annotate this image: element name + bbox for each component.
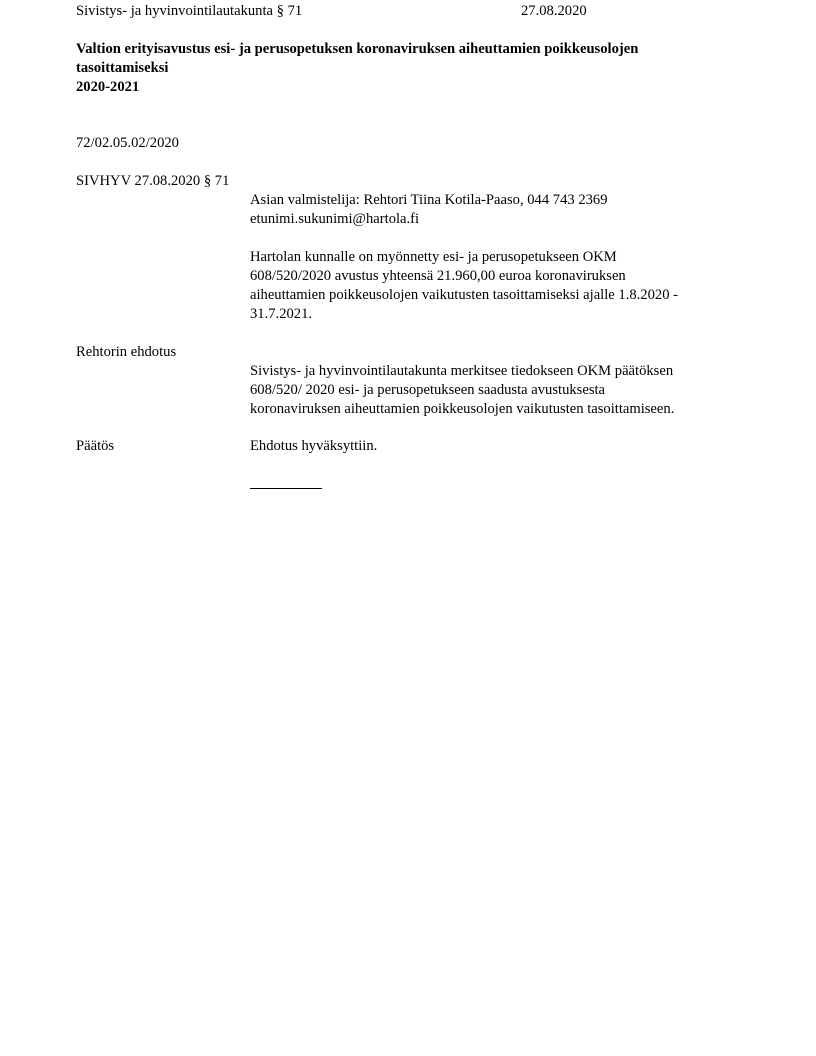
decision-text: Ehdotus hyväksyttiin. <box>250 437 377 456</box>
proposal-line: 608/520/ 2020 esi- ja perusopetukseen sa… <box>250 381 674 400</box>
preparer-line: Asian valmistelija: Rehtori Tiina Kotila… <box>250 191 608 210</box>
record-number: 72/02.05.02/2020 <box>76 134 179 153</box>
body-line: Hartolan kunnalle on myönnetty esi- ja p… <box>250 248 678 267</box>
header-committee: Sivistys- ja hyvinvointilautakunta § 71 <box>76 2 302 21</box>
body-line: 31.7.2021. <box>250 305 678 324</box>
title-line-3: 2020-2021 <box>76 78 139 97</box>
body-line: aiheuttamien poikkeusolojen vaikutusten … <box>250 286 678 305</box>
preparer-email[interactable]: etunimi.sukunimi@hartola.fi <box>250 210 419 229</box>
title-line-2: tasoittamiseksi <box>76 59 168 78</box>
proposal-paragraph: Sivistys- ja hyvinvointilautakunta merki… <box>250 362 674 419</box>
proposal-label: Rehtorin ehdotus <box>76 343 176 362</box>
header-date: 27.08.2020 <box>521 2 587 21</box>
body-line: 608/520/2020 avustus yhteensä 21.960,00 … <box>250 267 678 286</box>
decision-label: Päätös <box>76 437 114 456</box>
signature-rule <box>250 488 322 489</box>
body-paragraph: Hartolan kunnalle on myönnetty esi- ja p… <box>250 248 678 324</box>
proposal-line: Sivistys- ja hyvinvointilautakunta merki… <box>250 362 674 381</box>
meeting-reference: SIVHYV 27.08.2020 § 71 <box>76 172 229 191</box>
proposal-line: koronaviruksen aiheuttamien poikkeusoloj… <box>250 400 674 419</box>
title-line-1: Valtion erityisavustus esi- ja perusopet… <box>76 40 638 59</box>
